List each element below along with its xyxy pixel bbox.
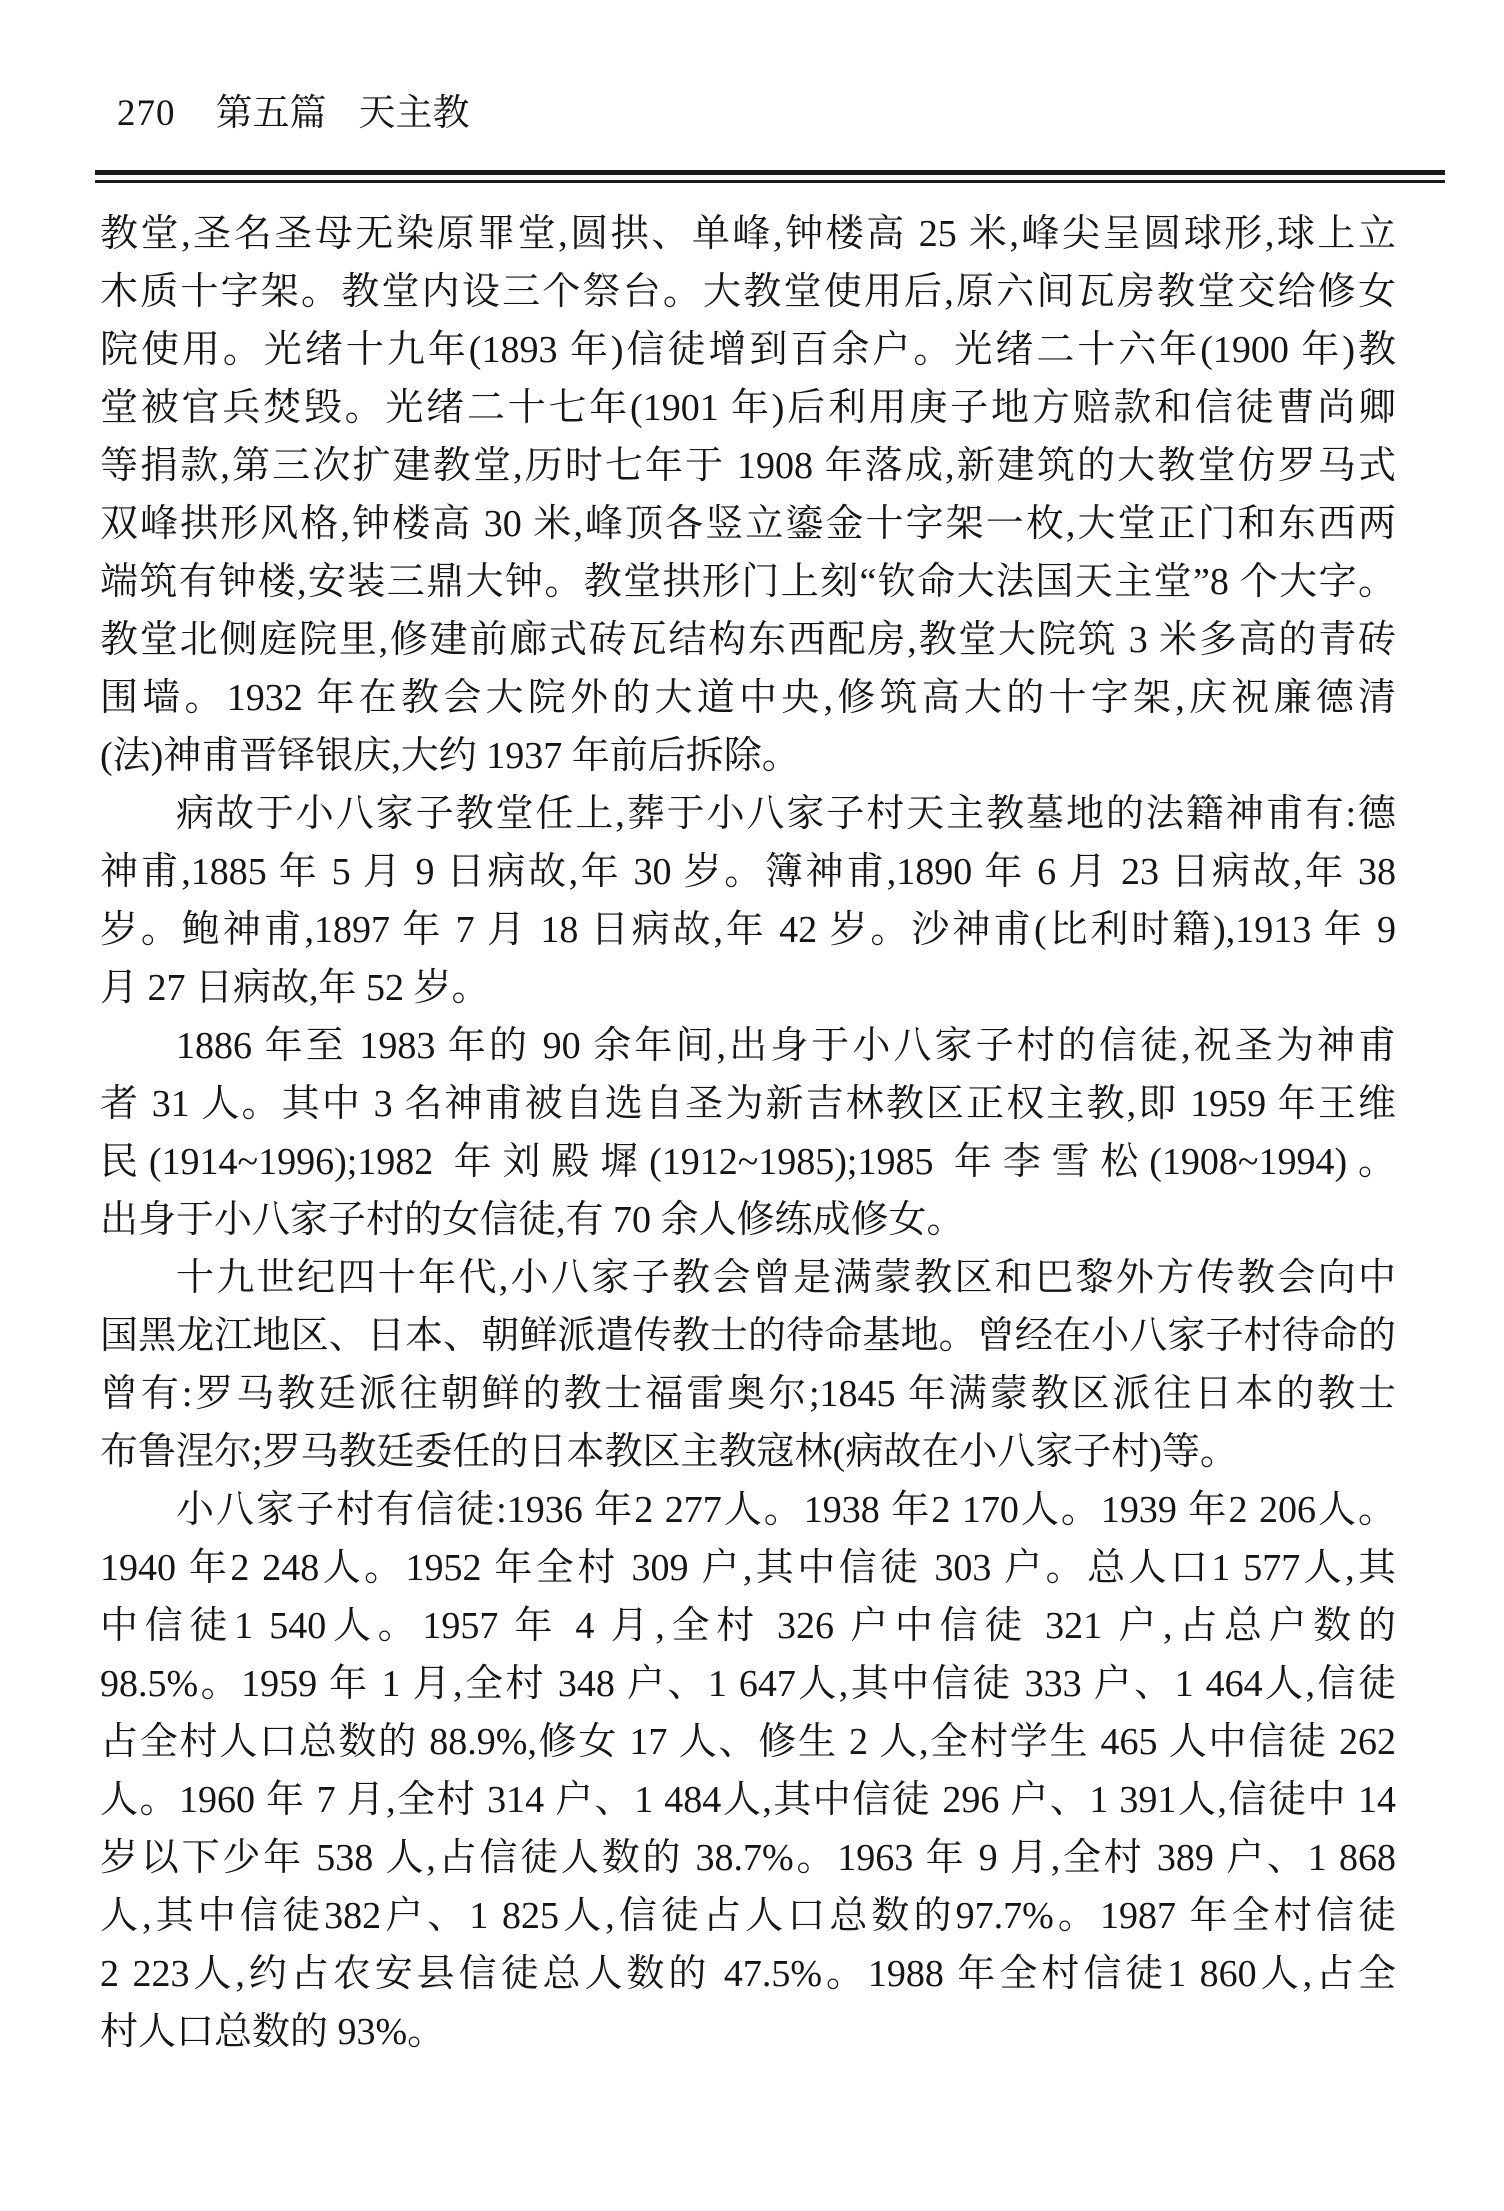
text-line: 者 31 人。其中 3 名神甫被自选自圣为新吉林教区正权主教,即 1959 年王… — [100, 1075, 1396, 1133]
text-line: 围墙。1932 年在教会大院外的大道中央,修筑高大的十字架,庆祝廉德清 — [100, 669, 1396, 727]
text-line: 教堂,圣名圣母无染原罪堂,圆拱、单峰,钟楼高 25 米,峰尖呈圆球形,球上立 — [100, 205, 1396, 263]
text-line: 双峰拱形风格,钟楼高 30 米,峰顶各竖立鎏金十字架一枚,大堂正门和东西两 — [100, 495, 1396, 553]
page-number: 270 — [117, 92, 176, 136]
text-line: 出身于小八家子村的女信徒,有 70 余人修练成修女。 — [100, 1191, 1396, 1249]
text-line: 十九世纪四十年代,小八家子教会曾是满蒙教区和巴黎外方传教会向中 — [100, 1249, 1396, 1307]
scanned-book-page: 270 第五篇 天主教 教堂,圣名圣母无染原罪堂,圆拱、单峰,钟楼高 25 米,… — [0, 0, 1504, 2211]
text-line: 布鲁涅尔;罗马教廷委任的日本教区主教寇林(病故在小八家子村)等。 — [100, 1423, 1396, 1481]
body-text: 教堂,圣名圣母无染原罪堂,圆拱、单峰,钟楼高 25 米,峰尖呈圆球形,球上立木质… — [100, 205, 1396, 2061]
text-line: 村人口总数的 93%。 — [100, 2003, 1396, 2061]
text-line: 人。1960 年 7 月,全村 314 户、1 484人,其中信徒 296 户、… — [100, 1771, 1396, 1829]
text-line: 端筑有钟楼,安装三鼎大钟。教堂拱形门上刻“钦命大法国天主堂”8 个大字。 — [100, 553, 1396, 611]
header-double-rule — [95, 170, 1445, 183]
text-line: 1940 年2 248人。1952 年全村 309 户,其中信徒 303 户。总… — [100, 1539, 1396, 1597]
text-line: 病故于小八家子教堂任上,葬于小八家子村天主教墓地的法籍神甫有:德 — [100, 785, 1396, 843]
text-line: 1886 年至 1983 年的 90 余年间,出身于小八家子村的信徒,祝圣为神甫 — [100, 1017, 1396, 1075]
text-line: 木质十字架。教堂内设三个祭台。大教堂使用后,原六间瓦房教堂交给修女 — [100, 263, 1396, 321]
text-line: 神甫,1885 年 5 月 9 日病故,年 30 岁。簿神甫,1890 年 6 … — [100, 843, 1396, 901]
text-line: (法)神甫晋铎银庆,大约 1937 年前后拆除。 — [100, 727, 1396, 785]
text-line: 月 27 日病故,年 52 岁。 — [100, 959, 1396, 1017]
text-line: 小八家子村有信徒:1936 年2 277人。1938 年2 170人。1939 … — [100, 1481, 1396, 1539]
text-line: 2 223人,约占农安县信徒总人数的 47.5%。1988 年全村信徒1 860… — [100, 1945, 1396, 2003]
text-line: 占全村人口总数的 88.9%,修女 17 人、修生 2 人,全村学生 465 人… — [100, 1713, 1396, 1771]
text-line: 中信徒1 540人。1957 年 4 月,全村 326 户中信徒 321 户,占… — [100, 1597, 1396, 1655]
section-title: 第五篇 — [216, 92, 327, 136]
text-line: 院使用。光绪十九年(1893 年)信徒增到百余户。光绪二十六年(1900 年)教 — [100, 321, 1396, 379]
text-line: 98.5%。1959 年 1 月,全村 348 户、1 647人,其中信徒 33… — [100, 1655, 1396, 1713]
text-line: 教堂北侧庭院里,修建前廊式砖瓦结构东西配房,教堂大院筑 3 米多高的青砖 — [100, 611, 1396, 669]
text-line: 岁以下少年 538 人,占信徒人数的 38.7%。1963 年 9 月,全村 3… — [100, 1829, 1396, 1887]
text-line: 岁。鲍神甫,1897 年 7 月 18 日病故,年 42 岁。沙神甫(比利时籍)… — [100, 901, 1396, 959]
running-header: 270 第五篇 天主教 — [117, 92, 470, 136]
text-line: 堂被官兵焚毁。光绪二十七年(1901 年)后利用庚子地方赔款和信徒曹尚卿 — [100, 379, 1396, 437]
text-line: 民(1914~1996);1982 年刘殿墀(1912~1985);1985 年… — [100, 1133, 1396, 1191]
text-line: 人,其中信徒382户、1 825人,信徒占人口总数的97.7%。1987 年全村… — [100, 1887, 1396, 1945]
chapter-title: 天主教 — [359, 92, 470, 136]
text-line: 国黑龙江地区、日本、朝鲜派遣传教士的待命基地。曾经在小八家子村待命的 — [100, 1307, 1396, 1365]
text-line: 曾有:罗马教廷派往朝鲜的教士福雷奥尔;1845 年满蒙教区派往日本的教士 — [100, 1365, 1396, 1423]
text-line: 等捐款,第三次扩建教堂,历时七年于 1908 年落成,新建筑的大教堂仿罗马式 — [100, 437, 1396, 495]
